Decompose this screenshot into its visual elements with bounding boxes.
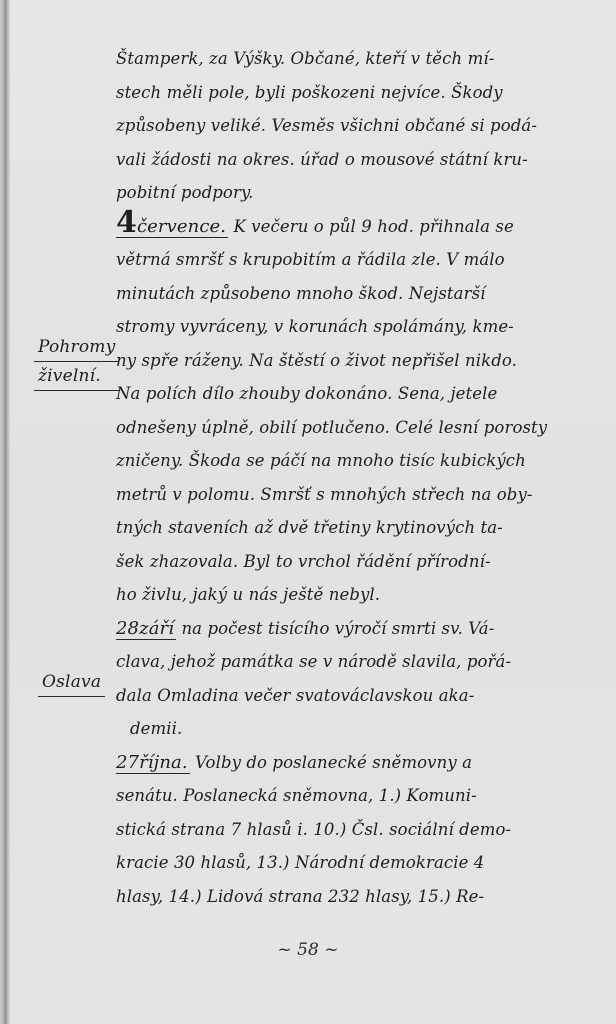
entry-date: 27října. [116, 752, 190, 774]
text-line: pobitní podpory. [116, 176, 600, 210]
margin-note-line: Pohromy [34, 333, 119, 362]
entry-date: 4července. [116, 216, 228, 238]
text-line: metrů v polomu. Smršť s mnohých střech n… [116, 478, 600, 512]
text-line: 27října. Volby do poslanecké sněmovny a [116, 746, 600, 780]
text-line: Štamperk, za Výšky. Občané, kteří v těch… [116, 42, 600, 76]
margin-note-celebration: Oslava [38, 668, 105, 697]
entry-continuation: Štamperk, za Výšky. Občané, kteří v těch… [116, 42, 600, 210]
entry-july-4: 4července. K večeru o půl 9 hod. přihnal… [116, 210, 600, 612]
text-line: tných staveních až dvě třetiny krytinový… [116, 511, 600, 545]
text-line: stromy vyvráceny, v korunách spolámány, … [116, 310, 600, 344]
text-line: odnešeny úplně, obilí potlučeno. Celé le… [116, 411, 600, 445]
text-line: zničeny. Škoda se páčí na mnoho tisíc ku… [116, 444, 600, 478]
chronicle-page: Pohromy živelní. Oslava Štamperk, za Výš… [0, 0, 616, 1024]
text-line: šek zhazovala. Byl to vrchol řádění přír… [116, 545, 600, 579]
text-line: stická strana 7 hlasů i. 10.) Čsl. sociá… [116, 813, 600, 847]
date-day: 4 [116, 205, 137, 240]
text-line: hlasy, 14.) Lidová strana 232 hlasy, 15.… [116, 880, 600, 914]
date-month: července. [137, 216, 226, 237]
text-line: způsobeny veliké. Vesměs všichni občané … [116, 109, 600, 143]
entry-date: 28září [116, 618, 176, 640]
text-run: na počest tisícího výročí smrti sv. Vá- [176, 619, 494, 638]
margin-note-line: živelní. [34, 362, 119, 391]
entry-october-27: 27října. Volby do poslanecké sněmovny a … [116, 746, 600, 914]
text-line: větrná smršť s krupobitím a řádila zle. … [116, 243, 600, 277]
margin-note-line: Oslava [38, 668, 105, 697]
margin-note-natural-disasters: Pohromy živelní. [34, 333, 119, 391]
text-line: senátu. Poslanecká sněmovna, 1.) Komuni- [116, 779, 600, 813]
date-month: září [139, 618, 174, 639]
text-line: minutách způsobeno mnoho škod. Nejstarší [116, 277, 600, 311]
date-month: října. [139, 752, 188, 773]
text-line: vali žádosti na okres. úřad o mousové st… [116, 143, 600, 177]
text-line: stech měli pole, byli poškozeni nejvíce.… [116, 76, 600, 110]
page-number: ~ 58 ~ [0, 940, 616, 960]
entry-september-28: 28září na počest tisícího výročí smrti s… [116, 612, 600, 746]
date-day: 27 [116, 752, 139, 773]
text-line: ho živlu, jaký u nás ještě nebyl. [116, 578, 600, 612]
margin-notes: Pohromy živelní. Oslava [0, 0, 120, 1024]
text-line: Na polích dílo zhouby dokonáno. Sena, je… [116, 377, 600, 411]
text-run: Volby do poslanecké sněmovny a [190, 753, 472, 772]
text-line: demii. [116, 712, 600, 746]
text-run: K večeru o půl 9 hod. přihnala se [228, 217, 514, 236]
text-line: 4července. K večeru o půl 9 hod. přihnal… [116, 210, 600, 244]
text-line: kracie 30 hlasů, 13.) Národní demokracie… [116, 846, 600, 880]
text-line: dala Omladina večer svatováclavskou aka- [116, 679, 600, 713]
text-line: 28září na počest tisícího výročí smrti s… [116, 612, 600, 646]
date-day: 28 [116, 618, 139, 639]
text-line: ny spře ráženy. Na štěstí o život nepřiš… [116, 344, 600, 378]
text-line: clava, jehož památka se v národě slavila… [116, 645, 600, 679]
handwritten-body-text: Štamperk, za Výšky. Občané, kteří v těch… [116, 42, 600, 913]
